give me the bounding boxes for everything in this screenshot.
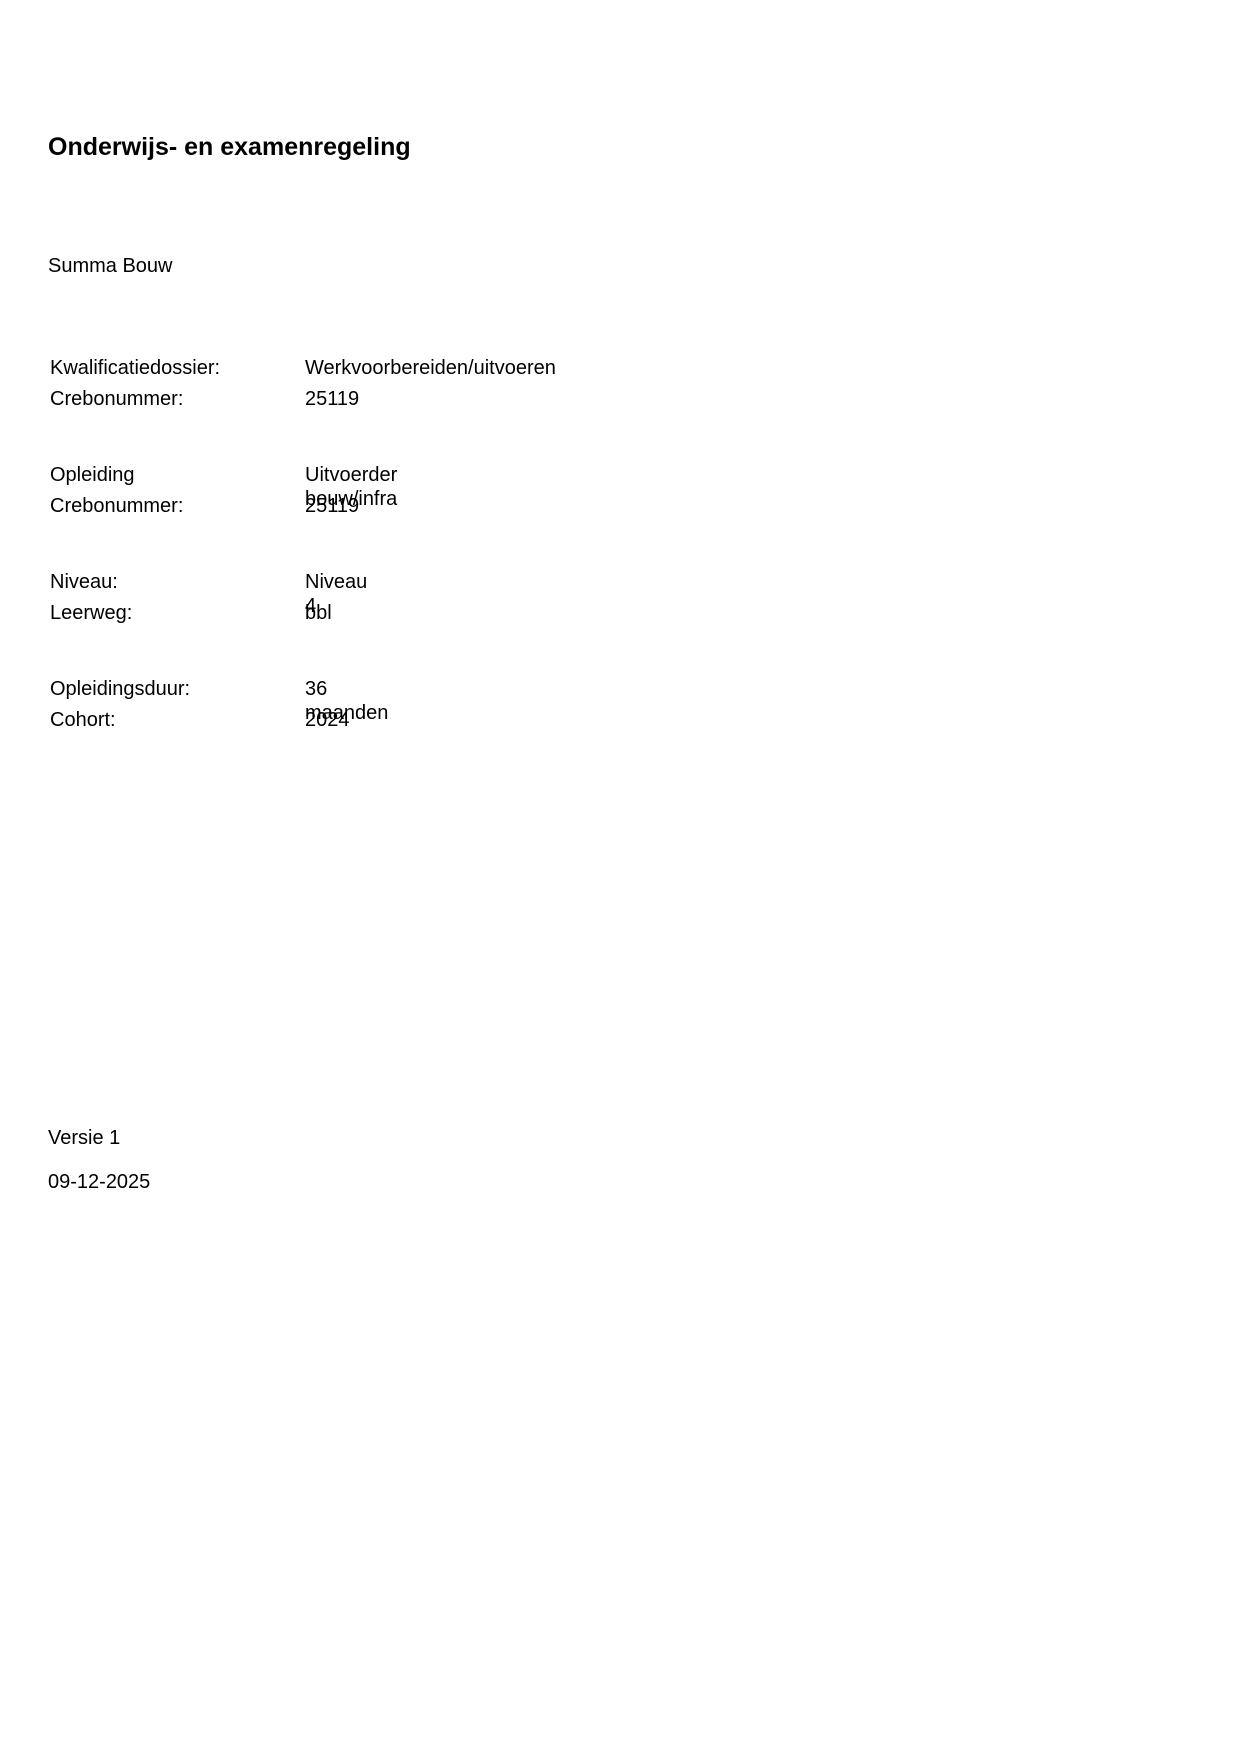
info-value: Werkvoorbereiden/uitvoeren: [305, 356, 556, 380]
info-label: Opleiding: [50, 463, 135, 487]
document-title: Onderwijs- en examenregeling: [48, 132, 411, 162]
info-value: 25119: [305, 387, 359, 411]
info-label: Crebonummer:: [50, 494, 183, 518]
document-date: 09-12-2025: [48, 1170, 150, 1194]
info-label: Opleidingsduur:: [50, 677, 190, 701]
info-value: 2024: [305, 708, 350, 732]
document-version: Versie 1: [48, 1126, 120, 1150]
info-label: Crebonummer:: [50, 387, 183, 411]
info-label: Niveau:: [50, 570, 118, 594]
organization-name: Summa Bouw: [48, 254, 173, 278]
info-label: Leerweg:: [50, 601, 132, 625]
info-value: bbl: [305, 601, 332, 625]
info-label: Kwalificatiedossier:: [50, 356, 220, 380]
info-label: Cohort:: [50, 708, 116, 732]
info-value: 25119: [305, 494, 359, 518]
